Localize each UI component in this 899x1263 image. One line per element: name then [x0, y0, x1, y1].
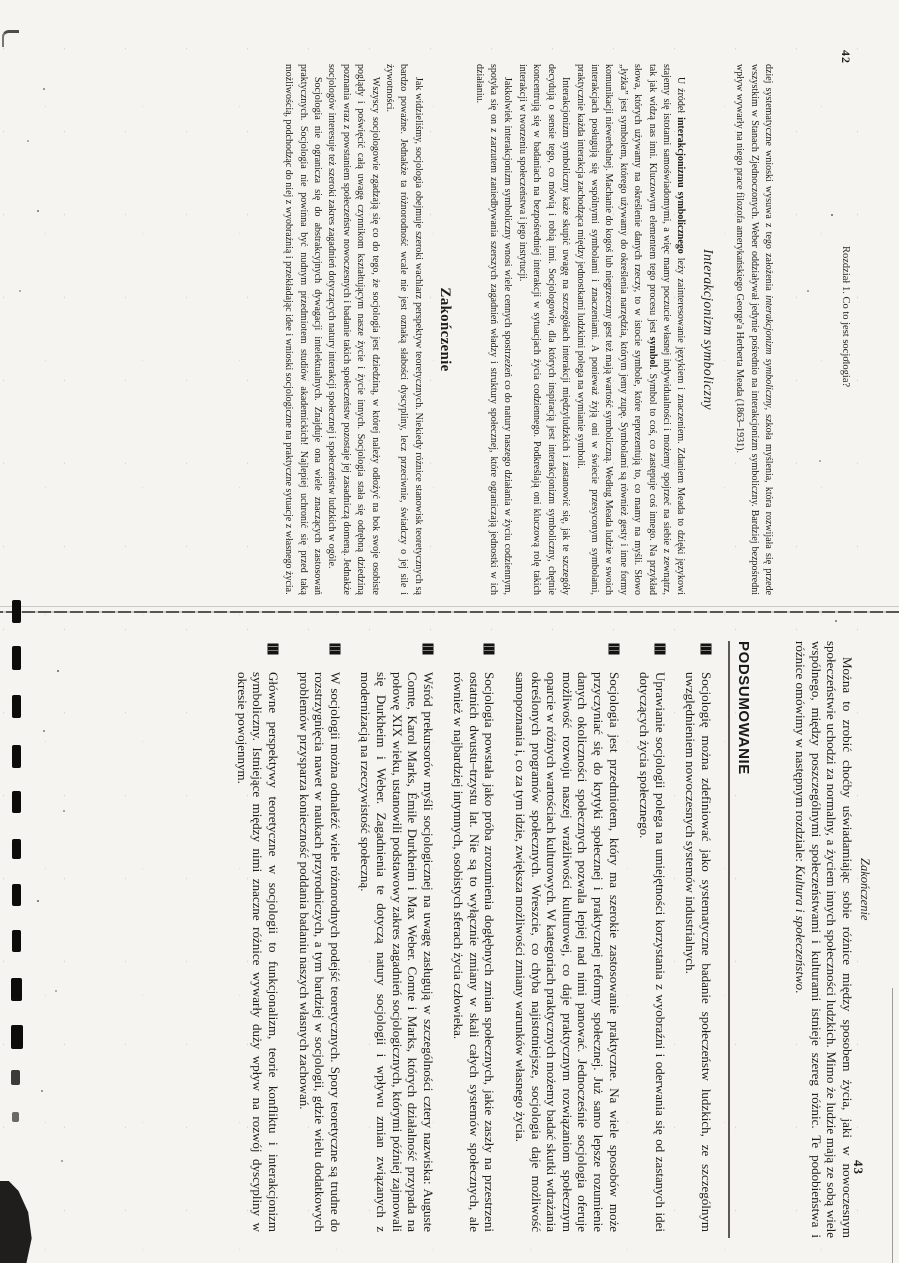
square-bullet-icon — [609, 644, 619, 654]
square-bullet-icon — [330, 644, 340, 654]
intro-text: dziej systematyczne wnioski wysuwa z teg… — [763, 64, 774, 295]
page-43-text-column: Można to zrobić choćby uświadamiając sob… — [219, 641, 855, 1238]
binding-mark — [12, 1112, 19, 1122]
paragraph-differences: Można to zrobić choćby uświadamiając sob… — [793, 641, 855, 1238]
binding-mark — [12, 930, 21, 952]
square-bullet-icon — [485, 644, 495, 654]
binding-mark — [12, 646, 21, 670]
page-42-text-column: dziej systematyczne wnioski wysuwa z teg… — [281, 64, 775, 595]
binding-mark — [12, 695, 21, 718]
scan-edge-line — [892, 988, 893, 1263]
summary-item-text: Główne perspektywy teoretyczne w socjolo… — [235, 672, 281, 1232]
para-text: . Symbol to coś, co zastępuje coś innego… — [575, 64, 658, 595]
summary-item: Główne perspektywy teoretyczne w socjolo… — [234, 641, 281, 1232]
scan-tick-mark — [2, 30, 19, 47]
paragraph-intro-continuation: dziej systematyczne wnioski wysuwa z teg… — [732, 64, 775, 595]
paragraph-practical-uses: Socjologia nie ogranicza się do abstrakc… — [281, 64, 324, 595]
paragraph-symbol-sources: U źródeł interakcjonizmu symbolicznego l… — [572, 64, 687, 595]
para-text: . — [793, 990, 808, 993]
summary-item: Wśród prekursorów myśli socjologicznej n… — [358, 641, 436, 1232]
scan-noise — [67, 660, 69, 662]
binding-mark — [11, 1025, 23, 1049]
summary-item-text: Socjologia powstała jako próba zrozumien… — [451, 672, 497, 1232]
summary-item-text: Socjologia jest przedmiotem, który ma sz… — [513, 672, 622, 1232]
summary-heading: PODSUMOWANIE — [728, 641, 751, 1238]
gutter-shadow-line — [0, 606, 899, 607]
book-spread: 42 Rozdział 1. Co to jest socjologia? dz… — [0, 0, 899, 1263]
term-interactionism-bold: interakcjonizmu symbolicznego — [675, 117, 686, 254]
section-heading-conclusion: Zakończenie — [438, 64, 452, 595]
scan-noise — [837, 200, 839, 202]
binding-mark — [11, 1070, 20, 1085]
binding-mark — [12, 839, 21, 859]
paragraph-critique: Jakkolwiek interakcjonizm symboliczny wn… — [471, 64, 514, 595]
gutter-line — [0, 611, 899, 613]
summary-list: Socjologię można zdefiniować jako system… — [234, 641, 714, 1238]
summary-item: Uprawianie socjologii polega na umiejętn… — [637, 641, 668, 1232]
binding-mark — [12, 600, 21, 623]
summary-item: Socjologię można zdefiniować jako system… — [683, 641, 714, 1232]
summary-item: Socjologia jest przedmiotem, który ma sz… — [513, 641, 622, 1232]
paragraph-theoretical-range: Jak widzieliśmy, socjologia obejmuje sze… — [382, 64, 425, 595]
scan-noise — [47, 80, 49, 82]
term-interactionism-italic: interakcjonizm symboliczny — [763, 295, 774, 408]
summary-item: Socjologia powstała jako próba zrozumien… — [451, 641, 498, 1232]
paragraph-interaction-details: Interakcjonizm symboliczny każe skupić u… — [515, 64, 573, 595]
square-bullet-icon — [423, 644, 433, 654]
square-bullet-icon — [701, 644, 711, 654]
binding-mark — [12, 745, 21, 768]
summary-item-text: W socjologii można odnaleźć wiele różnor… — [297, 672, 343, 1232]
section-heading-interactionism: Interakcjonizm symboliczny — [700, 64, 714, 595]
summary-item-text: Uprawianie socjologii polega na umiejętn… — [637, 672, 668, 1232]
summary-item: W socjologii można odnaleźć wiele różnor… — [296, 641, 343, 1232]
binding-mark — [11, 978, 22, 1001]
square-bullet-icon — [655, 644, 665, 654]
binding-mark — [12, 884, 21, 906]
square-bullet-icon — [268, 644, 278, 654]
para-text: U źródeł — [675, 77, 686, 117]
running-head-conclusion: Zakończenie — [857, 858, 872, 920]
summary-item-text: Socjologię można zdefiniować jako system… — [683, 672, 714, 1232]
paragraph-agreement: Wszyscy socjologowie zgadzają się co do … — [324, 64, 382, 595]
scanned-book-spread: { "scan": { "paper_color": "#f5f4f1", "i… — [0, 0, 899, 1263]
scan-corner-smudge — [0, 1181, 44, 1263]
binding-mark — [12, 791, 21, 813]
book-title-italic: Kultura i społeczeństwo — [793, 865, 808, 990]
summary-item-text: Wśród prekursorów myśli socjologicznej n… — [358, 672, 435, 1232]
term-symbol-bold: symbol — [647, 337, 658, 368]
running-head-chapter: Rozdział 1. Co to jest socjologia? — [840, 246, 851, 387]
page-number-42: 42 — [838, 50, 853, 64]
